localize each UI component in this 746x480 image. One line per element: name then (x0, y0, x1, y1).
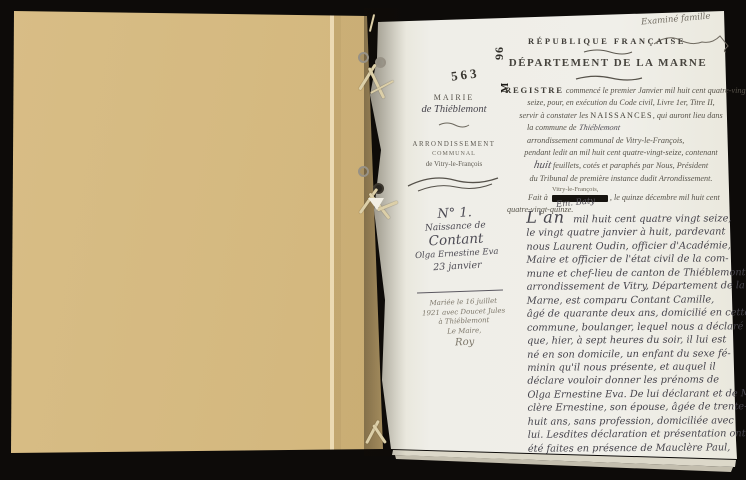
act-line: âgé de quarante deux ans, domicilié en c… (527, 306, 743, 321)
act-body: L'anmil huit cent quatre vingt seize, le… (526, 209, 744, 456)
registre-line7: feuillets, cotés et paraphés par Nous, P… (551, 161, 708, 170)
vitry-label: de Vitry-le-François (398, 160, 510, 168)
binding-paper-tag (368, 198, 384, 210)
registre-line4-pre: la commune de (527, 123, 579, 132)
act-opening-word: L'an (526, 207, 573, 226)
registre-paragraph: REGISTRE commencé le premier Janvier mil… (505, 84, 737, 185)
registre-line2: seize, pour, en exécution du Code civil,… (505, 97, 737, 109)
act-line: arrondissement de Vitry, Département de … (527, 280, 743, 295)
feuillets-count-handwritten: huit (533, 159, 552, 171)
divider-squiggle (437, 121, 471, 128)
act-line: mil huit cent quatre vingt seize, (573, 213, 731, 225)
naissances-word: NAISSANCES (590, 111, 653, 120)
fait-place: Vitry-le-François, (552, 186, 598, 193)
title-rule (582, 48, 634, 56)
fait-post: , le quinze décembre mil huit cent (610, 193, 720, 202)
registre-word: REGISTRE (505, 85, 564, 95)
binding-eyelet (375, 57, 386, 68)
register-scan: Examiné famille RÉPUBLIQUE FRANÇAISE DÉP… (0, 0, 746, 480)
registre-line3-pre: servir à constater les (519, 111, 590, 120)
registre-line6: pendant ledit an mil huit cent quatre-vi… (505, 147, 737, 159)
mairie-label: MAIRIE (398, 93, 510, 102)
communal-label: COMMUNAL (398, 151, 510, 157)
margin-swash (404, 172, 502, 192)
act-line: le vingt quatre janvier à huit, pardevan… (526, 226, 742, 241)
act-line: été faites en présence de Mauclère Paul, (528, 441, 744, 456)
title-rule (574, 74, 644, 83)
act-line: clère Ernestine, son épouse, âgée de tre… (527, 401, 743, 416)
registre-line1: commencé le premier Janvier mil huit cen… (564, 86, 746, 95)
binding-thread (369, 14, 375, 32)
act-line: que, hier, à sept heures du soir, il lui… (527, 333, 743, 348)
act-line: Maire et officier de l'état civil de la … (526, 253, 742, 268)
commune-name-handwritten: Thiéblemont (578, 122, 621, 134)
act-line: lui. Lesdites déclaration et présentatio… (528, 427, 744, 442)
act-margin-block: N° 1. Naissance de Contant Olga Ernestin… (394, 203, 517, 275)
year-stamp: 96 (492, 46, 507, 60)
registre-line8: du Tribunal de première instance dudit A… (505, 173, 737, 185)
registre-line5: arrondissement communal de Vitry-le-Fran… (505, 135, 737, 147)
departement-title: DÉPARTEMENT DE LA MARNE (494, 57, 722, 69)
marginal-mention: Mariée le 16 juillet 1921 avec Doucet Ju… (409, 296, 519, 349)
arrondissement-label: ARRONDISSEMENT (398, 141, 510, 148)
binding-eyelet (358, 52, 369, 63)
act-line: déclare vouloir donner les prénoms de (527, 374, 743, 389)
mairie-commune-handwritten: de Thiéblemont (398, 104, 510, 115)
republique-title: RÉPUBLIQUE FRANÇAISE (507, 36, 707, 46)
binding-eyelet (358, 166, 369, 177)
fait-pre: Fait à (528, 193, 550, 202)
mairie-block: MAIRIE de Thiéblemont ARRONDISSEMENT COM… (398, 93, 510, 168)
registre-line3-post: , qui auront lieu dans (653, 111, 723, 120)
